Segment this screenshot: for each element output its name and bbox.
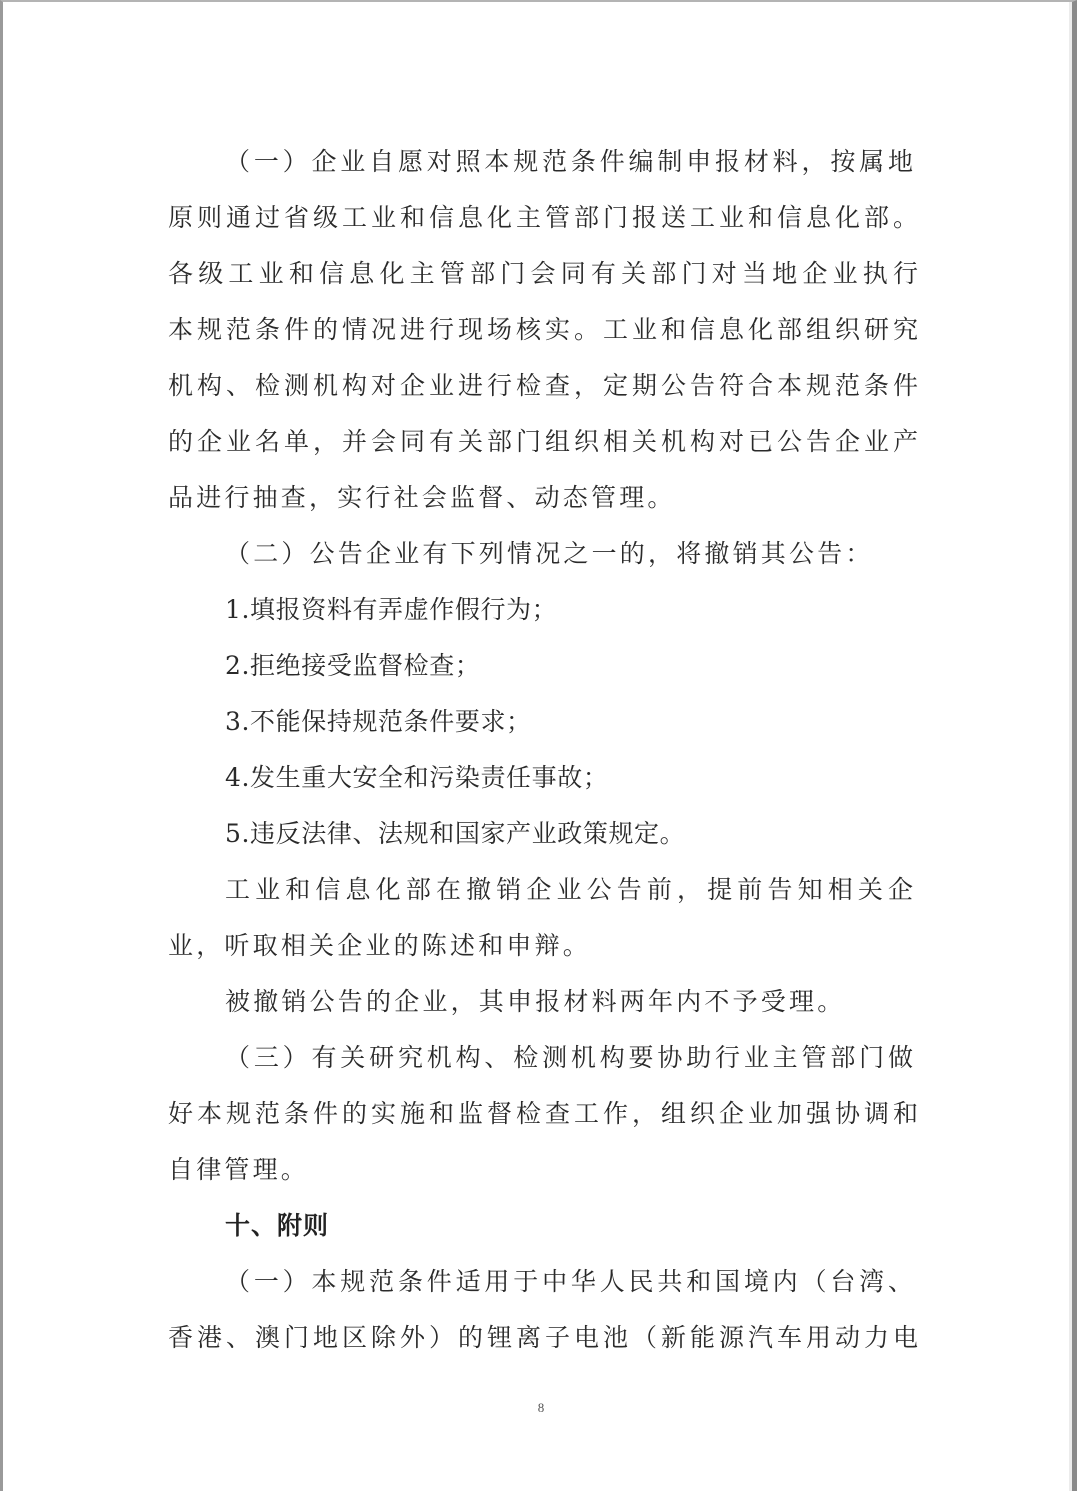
- paragraph-5-line-1: （三）有关研究机构、检测机构要协助行业主管部门做: [225, 1041, 913, 1075]
- paragraph-6-line-2: 香港、澳门地区除外）的锂离子电池（新能源汽车用动力电: [168, 1321, 918, 1355]
- list-item-2: 2.拒绝接受监督检查；: [225, 649, 975, 683]
- page-number: 8: [531, 1400, 551, 1416]
- paragraph-1-line-3: 各级工业和信息化主管部门会同有关部门对当地企业执行: [168, 257, 918, 291]
- list-item-5: 5.违反法律、法规和国家产业政策规定。: [225, 817, 975, 851]
- section-heading: 十、附则: [225, 1209, 975, 1243]
- paragraph-3-line-1: 工业和信息化部在撤销企业公告前，提前告知相关企: [225, 873, 913, 907]
- paragraph-1-line-4: 本规范条件的情况进行现场核实。工业和信息化部组织研究: [168, 313, 918, 347]
- paragraph-1-line-5: 机构、检测机构对企业进行检查，定期公告符合本规范条件: [168, 369, 918, 403]
- list-item-1: 1.填报资料有弄虚作假行为；: [225, 593, 975, 627]
- paragraph-5-line-2: 好本规范条件的实施和监督检查工作，组织企业加强协调和: [168, 1097, 918, 1131]
- paragraph-1-line-1: （一）企业自愿对照本规范条件编制申报材料，按属地: [225, 145, 913, 179]
- paragraph-4: 被撤销公告的企业，其申报材料两年内不予受理。: [225, 985, 975, 1019]
- list-item-3: 3.不能保持规范条件要求；: [225, 705, 975, 739]
- paragraph-5-line-3: 自律管理。: [168, 1153, 918, 1187]
- list-item-4: 4.发生重大安全和污染责任事故；: [225, 761, 975, 795]
- paragraph-2-intro: （二）公告企业有下列情况之一的，将撤销其公告：: [225, 537, 975, 571]
- paragraph-6-line-1: （一）本规范条件适用于中华人民共和国境内（台湾、: [225, 1265, 913, 1299]
- paragraph-1-line-2: 原则通过省级工业和信息化主管部门报送工业和信息化部。: [168, 201, 918, 235]
- paragraph-1-line-7: 品进行抽查，实行社会监督、动态管理。: [168, 481, 918, 515]
- paragraph-3-line-2: 业，听取相关企业的陈述和申辩。: [168, 929, 918, 963]
- document-page: （一）企业自愿对照本规范条件编制申报材料，按属地 原则通过省级工业和信息化主管部…: [0, 0, 1077, 1491]
- paragraph-1-line-6: 的企业名单，并会同有关部门组织相关机构对已公告企业产: [168, 425, 918, 459]
